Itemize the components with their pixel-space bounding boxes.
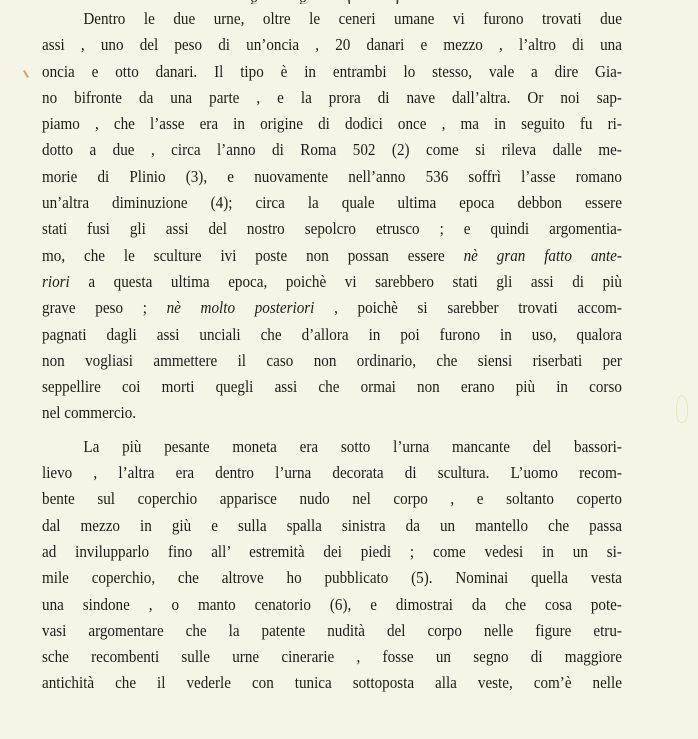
cropped-header-fragment: g g ( ): [250, 0, 450, 4]
text-line: una sindone , o manto cenatorio (6), e d…: [42, 592, 622, 618]
text-line: lievo , l’altra era dentro l’urna decora…: [42, 460, 622, 486]
italic-phrase: nè molto posteriori: [167, 298, 315, 317]
text-line: no bifronte da una parte , e la prora di…: [42, 85, 622, 111]
text-segment: mo, che le sculture ivi poste non possan…: [42, 246, 464, 265]
italic-phrase: nè gran fatto ante-: [464, 246, 622, 265]
text-line: Dentro le due urne, oltre le ceneri uman…: [42, 6, 622, 32]
paragraph-gap: [42, 427, 622, 434]
text-line: morie di Plinio (3), e nuovamente nell’a…: [42, 164, 622, 190]
text-segment: , poichè si sarebber trovati accom-: [314, 298, 622, 317]
text-line: dotto a due , circa l’anno di Roma 502 (…: [42, 137, 622, 163]
text-line: vasi argomentare che la patente nudità d…: [42, 618, 622, 644]
text-line: un’altra diminuzione (4); circa la quale…: [42, 190, 622, 216]
text-line: grave peso ; nè molto posteriori , poich…: [42, 295, 622, 321]
text-line: antichità che il vederle con tunica sott…: [42, 670, 622, 696]
book-page: g g ( ) Dentro le due urne, oltre le cen…: [0, 0, 698, 739]
text-line: La più pesante moneta era sotto l’urna m…: [42, 434, 622, 460]
text-line: pagnati dagli assi unciali che d’allora …: [42, 322, 622, 348]
page-mark: [23, 70, 29, 78]
text-line: seppellire coi morti quegli assi che orm…: [42, 374, 622, 400]
text-line: mile coperchio, che altrove ho pubblicat…: [42, 565, 622, 591]
text-segment: a questa ultima epoca, poichè vi sarebbe…: [88, 272, 622, 291]
text-line: dal mezzo in giù e sulla spalla sinistra…: [42, 513, 622, 539]
text-segment: grave peso ;: [42, 298, 167, 317]
text-line: oncia e otto danari. Il tipo è in entram…: [42, 59, 622, 85]
text-line: assi , uno del peso di un’oncia , 20 dan…: [42, 32, 622, 58]
paragraph-1: Dentro le due urne, oltre le ceneri uman…: [42, 6, 622, 427]
paper-stain: [676, 395, 688, 423]
italic-phrase: riori: [42, 272, 70, 291]
text-line: non vogliasi ammettere il caso non ordin…: [42, 348, 622, 374]
text-line: nel commercio.: [42, 400, 622, 426]
text-line: sche recombenti sulle urne cinerarie , f…: [42, 644, 622, 670]
text-line: stati fusi gli assi del nostro sepolcro …: [42, 216, 622, 242]
text-line: ad invilupparlo fino all’ estremità dei …: [42, 539, 622, 565]
text-line: bente sul coperchio apparisce nudo nel c…: [42, 486, 622, 512]
text-line: riori a questa ultima epoca, poichè vi s…: [42, 269, 622, 295]
body-text: Dentro le due urne, oltre le ceneri uman…: [42, 6, 622, 697]
text-line: piamo , che l’asse era in origine di dod…: [42, 111, 622, 137]
text-line: mo, che le sculture ivi poste non possan…: [42, 243, 622, 269]
paragraph-2: La più pesante moneta era sotto l’urna m…: [42, 434, 622, 697]
